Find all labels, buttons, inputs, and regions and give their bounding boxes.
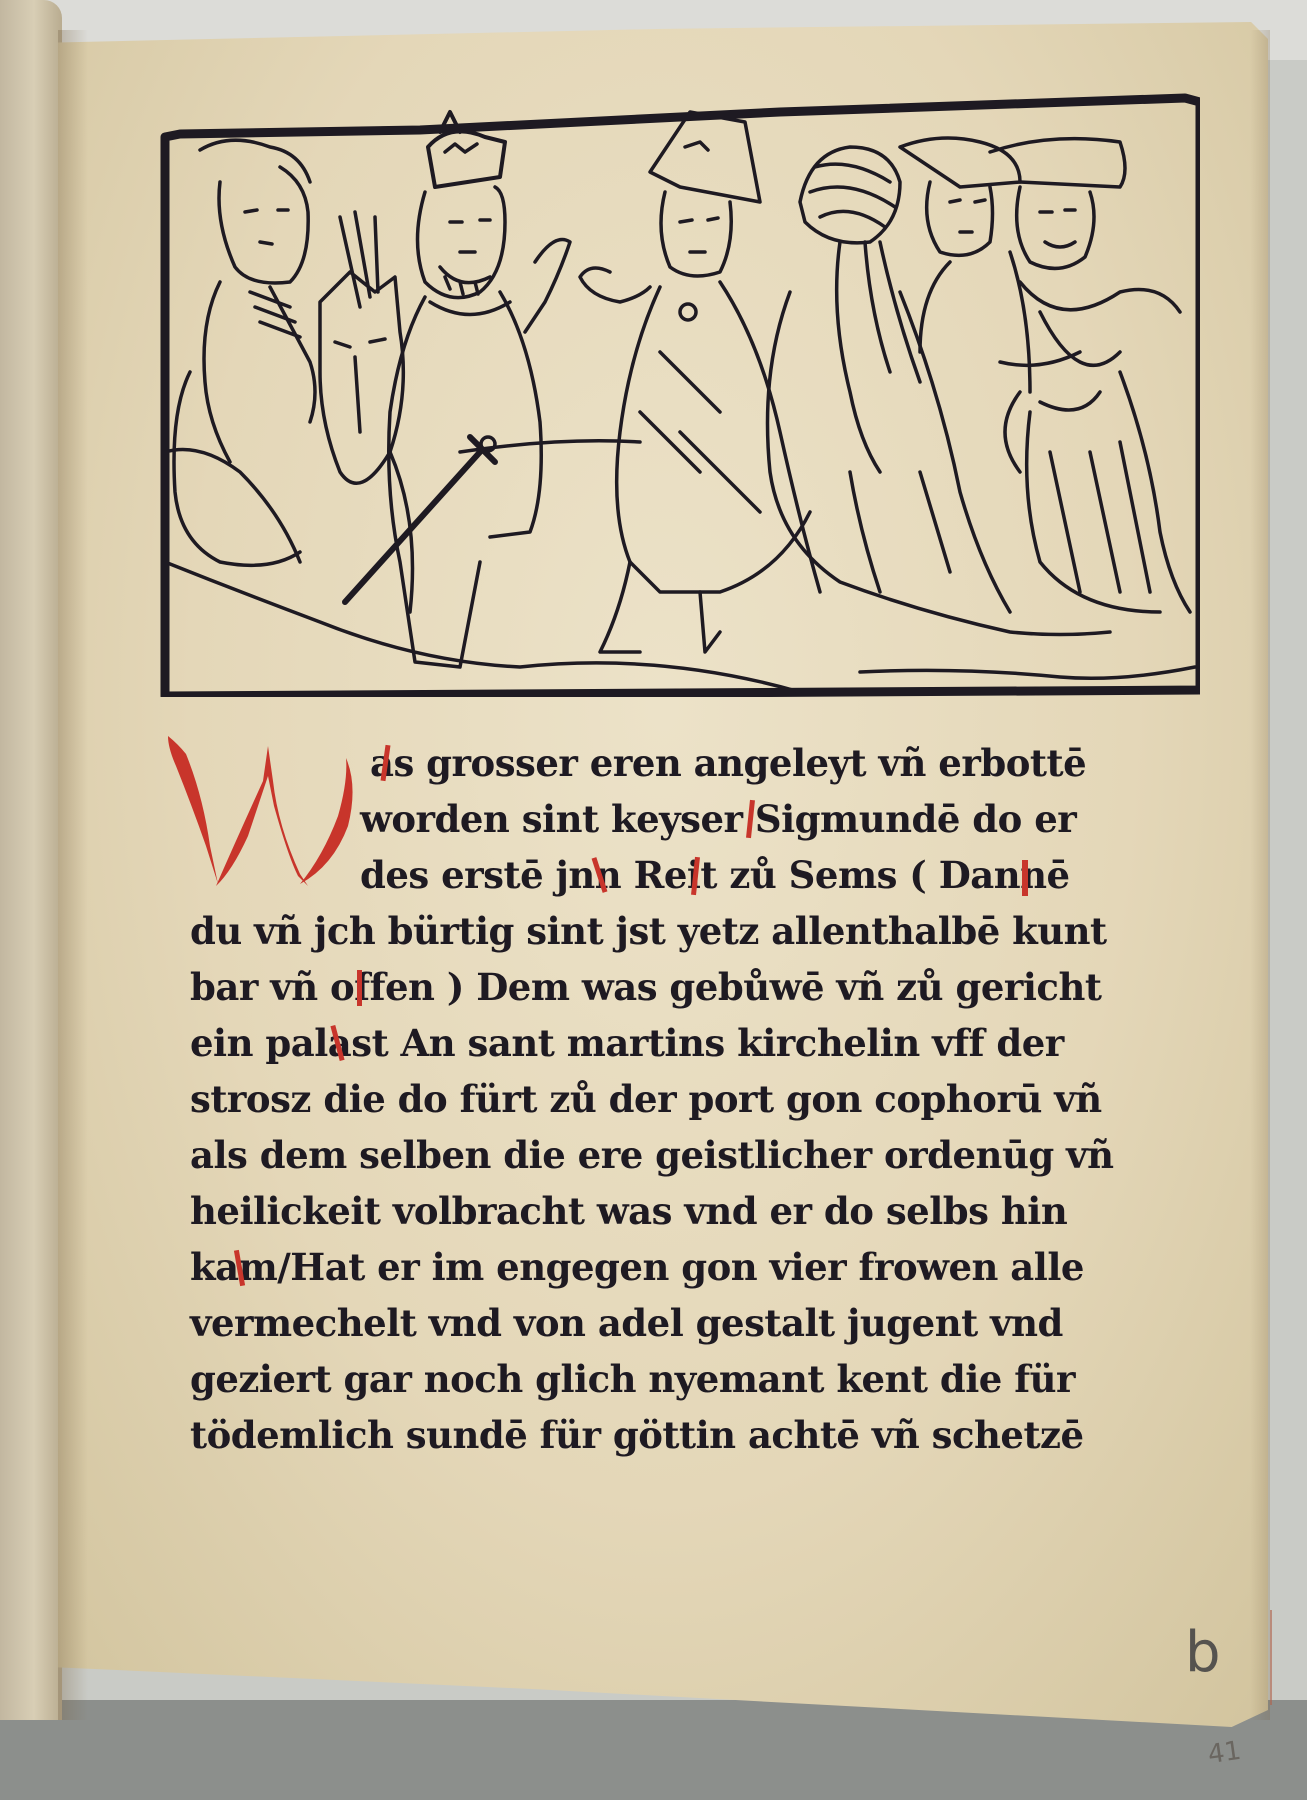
text-line-3: des erstē jnn Reit zů Sems ( Dannē [360, 847, 1070, 903]
text-line-9: heilickeit volbracht was vnd er do selbs… [190, 1183, 1067, 1239]
pencil-signature-mark: b [1185, 1620, 1221, 1685]
left-facing-page-edge [0, 0, 62, 1720]
rubricated-initial-w [148, 726, 358, 906]
text-line-13: tödemlich sundē für göttin achtē vñ sche… [190, 1407, 1084, 1463]
text-line-2: worden sint keyser Sigmundē do er [360, 791, 1076, 847]
pencil-folio-number: 41 [1206, 1736, 1243, 1770]
initial-w-icon [148, 726, 358, 906]
text-line-12: geziert gar noch glich nyemant kent die … [190, 1351, 1075, 1407]
gutter-shadow [58, 30, 88, 1720]
text-line-7: strosz die do fürt zů der port gon copho… [190, 1071, 1102, 1127]
text-line-5: bar vñ offen ) Dem was gebůwē vñ zů geri… [190, 959, 1101, 1015]
rubric-stroke-d2 [357, 970, 362, 1006]
text-line-4: du vñ jch bürtig sint jst yetz allenthal… [190, 903, 1107, 959]
text-line-11: vermechelt vnd von adel gestalt jugent v… [190, 1295, 1063, 1351]
rubric-stroke-d [1022, 860, 1028, 896]
text-line-10: kam/Hat er im engegen gon vier frowen al… [190, 1239, 1084, 1295]
text-line-1: as grosser eren angeleyt vñ erbottē [370, 735, 1086, 791]
woodcut-illustration [160, 92, 1200, 697]
text-line-8: als dem selben die ere geistlicher orden… [190, 1127, 1114, 1183]
text-line-6: ein palast An sant martins kirchelin vff… [190, 1015, 1064, 1071]
red-edge-mark [1270, 1610, 1272, 1705]
page-edge-shadow [1250, 30, 1270, 1720]
woodcut-figures-icon [160, 92, 1200, 697]
